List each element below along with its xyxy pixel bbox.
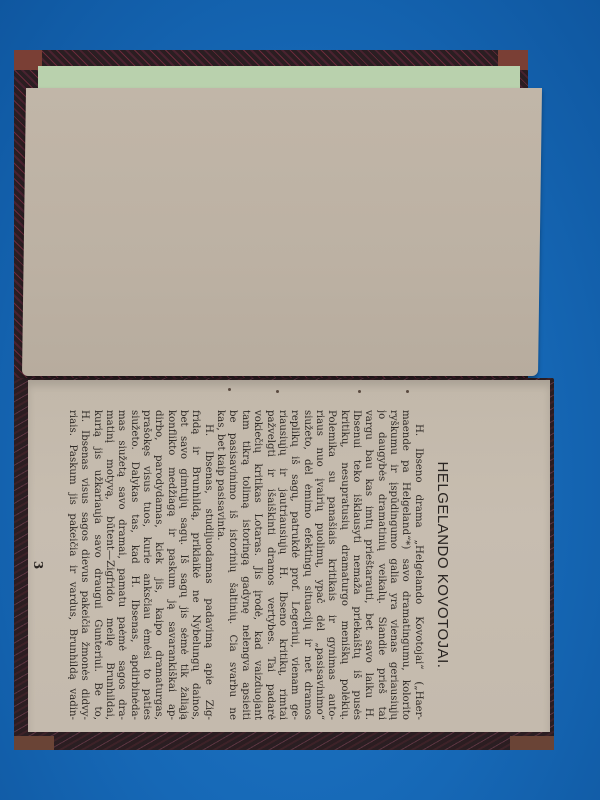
page-number: 3	[31, 410, 43, 720]
paper-speck	[276, 390, 279, 393]
text-line: fridą ir Brunhildą, priklaikė ne Nybelun…	[189, 410, 201, 720]
blank-page[interactable]	[22, 88, 542, 376]
text-line: vokiečių kritikas Lotaras. Jis įrodė, ka…	[251, 410, 263, 720]
text-line: maende pa Helgeland“*) savo dramatingumu…	[399, 410, 411, 720]
text-line: Polemika su panašiais kritikais ir gynim…	[325, 410, 337, 720]
text-line: dirbo, parodydamas, kiek jis, kaipo dram…	[152, 410, 164, 720]
text-line: prašokęs visus tuos, kurie anksčiau ėmės…	[140, 410, 152, 720]
text-line: vargu bau kas imtų prieštarauti, bet sav…	[362, 410, 374, 720]
open-book: HELGELANDO KOVOTOJAI. H. Ibseno drama „H…	[0, 0, 600, 800]
text-line: riais. Paskum jis pakeičia ir vardus, Br…	[66, 410, 78, 720]
text-line: pažvelgti ir išaiškinti dramos vertybes.…	[263, 410, 275, 720]
text-line: tam tikrą tolimą istoringą gadynę neleng…	[239, 410, 251, 720]
text-line: H. Ibsenas, studijuodamas padavimą apie …	[201, 410, 213, 720]
cover-corner	[510, 736, 554, 750]
rotated-text-block: HELGELANDO KOVOTOJAI. H. Ibseno drama „H…	[80, 410, 520, 720]
text-line: konflikto medžiagą ir paskum ją savarank…	[164, 410, 176, 720]
paper-speck	[228, 388, 231, 391]
chapter-heading: HELGELANDO KOVOTOJAI.	[436, 410, 520, 720]
text-line: riaus nuo įvairių puolimų, ypač dėl „pas…	[313, 410, 325, 720]
text-line: matinį motyvą, būtent—Zigfrido meilę Bru…	[103, 410, 115, 720]
cover-corner	[14, 736, 54, 750]
text-line: riausiųjų ir jautriausiųjų H. Ibseno kri…	[276, 410, 288, 720]
text-line: jo daugybės dramatinių veikalų. Šiandie …	[374, 410, 386, 720]
text-line: kurią jis užkariauja savo draugui Gunter…	[90, 410, 102, 720]
text-line: siužeto, dėl ėmimo efektingų situacijų i…	[300, 410, 312, 720]
text-line: H. Ibseno drama „Helgelando Kovotojai“ (…	[411, 410, 423, 720]
text-line: H. Ibsenas visus sagos dievus pakeičia ž…	[78, 410, 90, 720]
paper-speck	[406, 390, 409, 393]
text-line: siužeto. Dalykas tas, kad H. Ibsenas, ap…	[127, 410, 139, 720]
text-line: replikų iš sagų, patrukdė prof. Legeriui…	[288, 410, 300, 720]
text-line: kritikų, nesupratusių dramaturgo meniškų…	[337, 410, 349, 720]
text-line: mas siužetą savo dramai, pamatu paėmė sa…	[115, 410, 127, 720]
text-line: Ibsenui teko išklausyti nemaža priekaišt…	[350, 410, 362, 720]
paper-speck	[358, 390, 361, 393]
text-line: kas, bet kaip pasisavinta.	[214, 410, 226, 720]
text-line: bet savo gimtųjų sagų. Iš sagų jis sėmė …	[177, 410, 189, 720]
text-line: ryškumu ir įspūdingumo galia yra vienas …	[387, 410, 399, 720]
text-line: be pasisavinimo iš istorinių šaltinių. Č…	[226, 410, 238, 720]
